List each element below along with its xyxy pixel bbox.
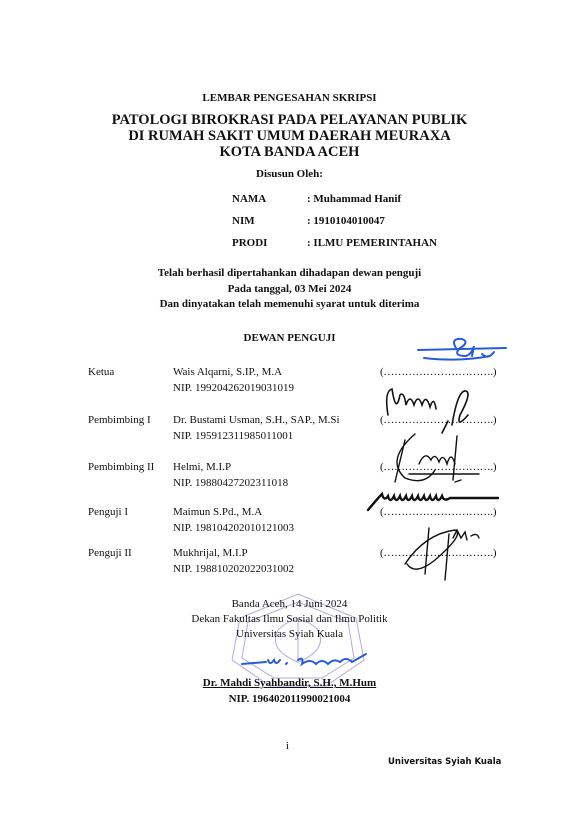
- board-member-name: Dr. Bustami Usman, S.H., SAP., M.Si: [173, 412, 340, 428]
- board-member-name: Maimun S.Pd., M.A: [173, 504, 262, 520]
- signature-penguji-1-icon: [364, 488, 504, 514]
- signature-ketua-icon: [410, 336, 510, 364]
- approval-place-date: Banda Aceh, 14 Juni 2024: [0, 598, 579, 610]
- prepared-by-label: Disusun Oleh:: [0, 168, 579, 180]
- signature-penguji-2-icon: [395, 524, 505, 584]
- dean-nip: NIP. 196402011990021004: [0, 693, 579, 705]
- thesis-title-line-3: KOTA BANDA ACEH: [0, 144, 579, 160]
- board-role: Penguji II: [88, 547, 132, 559]
- page-number: i: [286, 740, 289, 752]
- approval-position: Dekan Fakultas Ilmu Sosial dan Ilmu Poli…: [0, 613, 579, 625]
- dean-name: Dr. Mahdi Syahbandir, S.H., M.Hum: [0, 677, 579, 689]
- nim-value: : 1910104010047: [307, 215, 385, 227]
- board-member-nip: NIP. 198104202010121003: [173, 520, 294, 536]
- board-member-nip: NIP. 195912311985011001: [173, 428, 293, 444]
- board-member-nip: NIP. 199204262019031019: [173, 380, 294, 396]
- statement-line-1: Telah berhasil dipertahankan dihadapan d…: [0, 267, 579, 279]
- board-member-nip: NIP. 19880427202311018: [173, 475, 288, 491]
- board-member-name: Helmi, M.I.P: [173, 459, 231, 475]
- board-role: Penguji I: [88, 506, 128, 518]
- board-member-name: Mukhrijal, M.I.P: [173, 545, 248, 561]
- signature-line: (………………………….): [380, 366, 496, 378]
- sheet-title: LEMBAR PENGESAHAN SKRIPSI: [0, 92, 579, 104]
- thesis-title-line-1: PATOLOGI BIROKRASI PADA PELAYANAN PUBLIK: [0, 112, 579, 128]
- prodi-value: : ILMU PEMERINTAHAN: [307, 237, 437, 249]
- approval-institution: Universitas Syiah Kuala: [0, 628, 579, 640]
- signature-pembimbing-1-icon: [382, 385, 492, 435]
- name-value: : Muhammad Hanif: [307, 193, 401, 205]
- prodi-label: PRODI: [232, 237, 267, 249]
- signature-pembimbing-2-icon: [385, 430, 495, 486]
- board-role: Ketua: [88, 366, 114, 378]
- statement-line-2: Pada tanggal, 03 Mei 2024: [0, 283, 579, 295]
- nim-label: NIM: [232, 215, 255, 227]
- statement-line-3: Dan dinyatakan telah memenuhi syarat unt…: [0, 298, 579, 310]
- name-label: NAMA: [232, 193, 266, 205]
- board-member-nip: NIP. 198810202022031002: [173, 561, 294, 577]
- board-role: Pembimbing II: [88, 461, 154, 473]
- thesis-title-line-2: DI RUMAH SAKIT UMUM DAERAH MEURAXA: [0, 128, 579, 144]
- board-member-name: Wais Alqarni, S.IP., M.A: [173, 364, 282, 380]
- footer-institution: Universitas Syiah Kuala: [388, 757, 501, 767]
- board-role: Pembimbing I: [88, 414, 151, 426]
- signature-dean-icon: [240, 650, 370, 672]
